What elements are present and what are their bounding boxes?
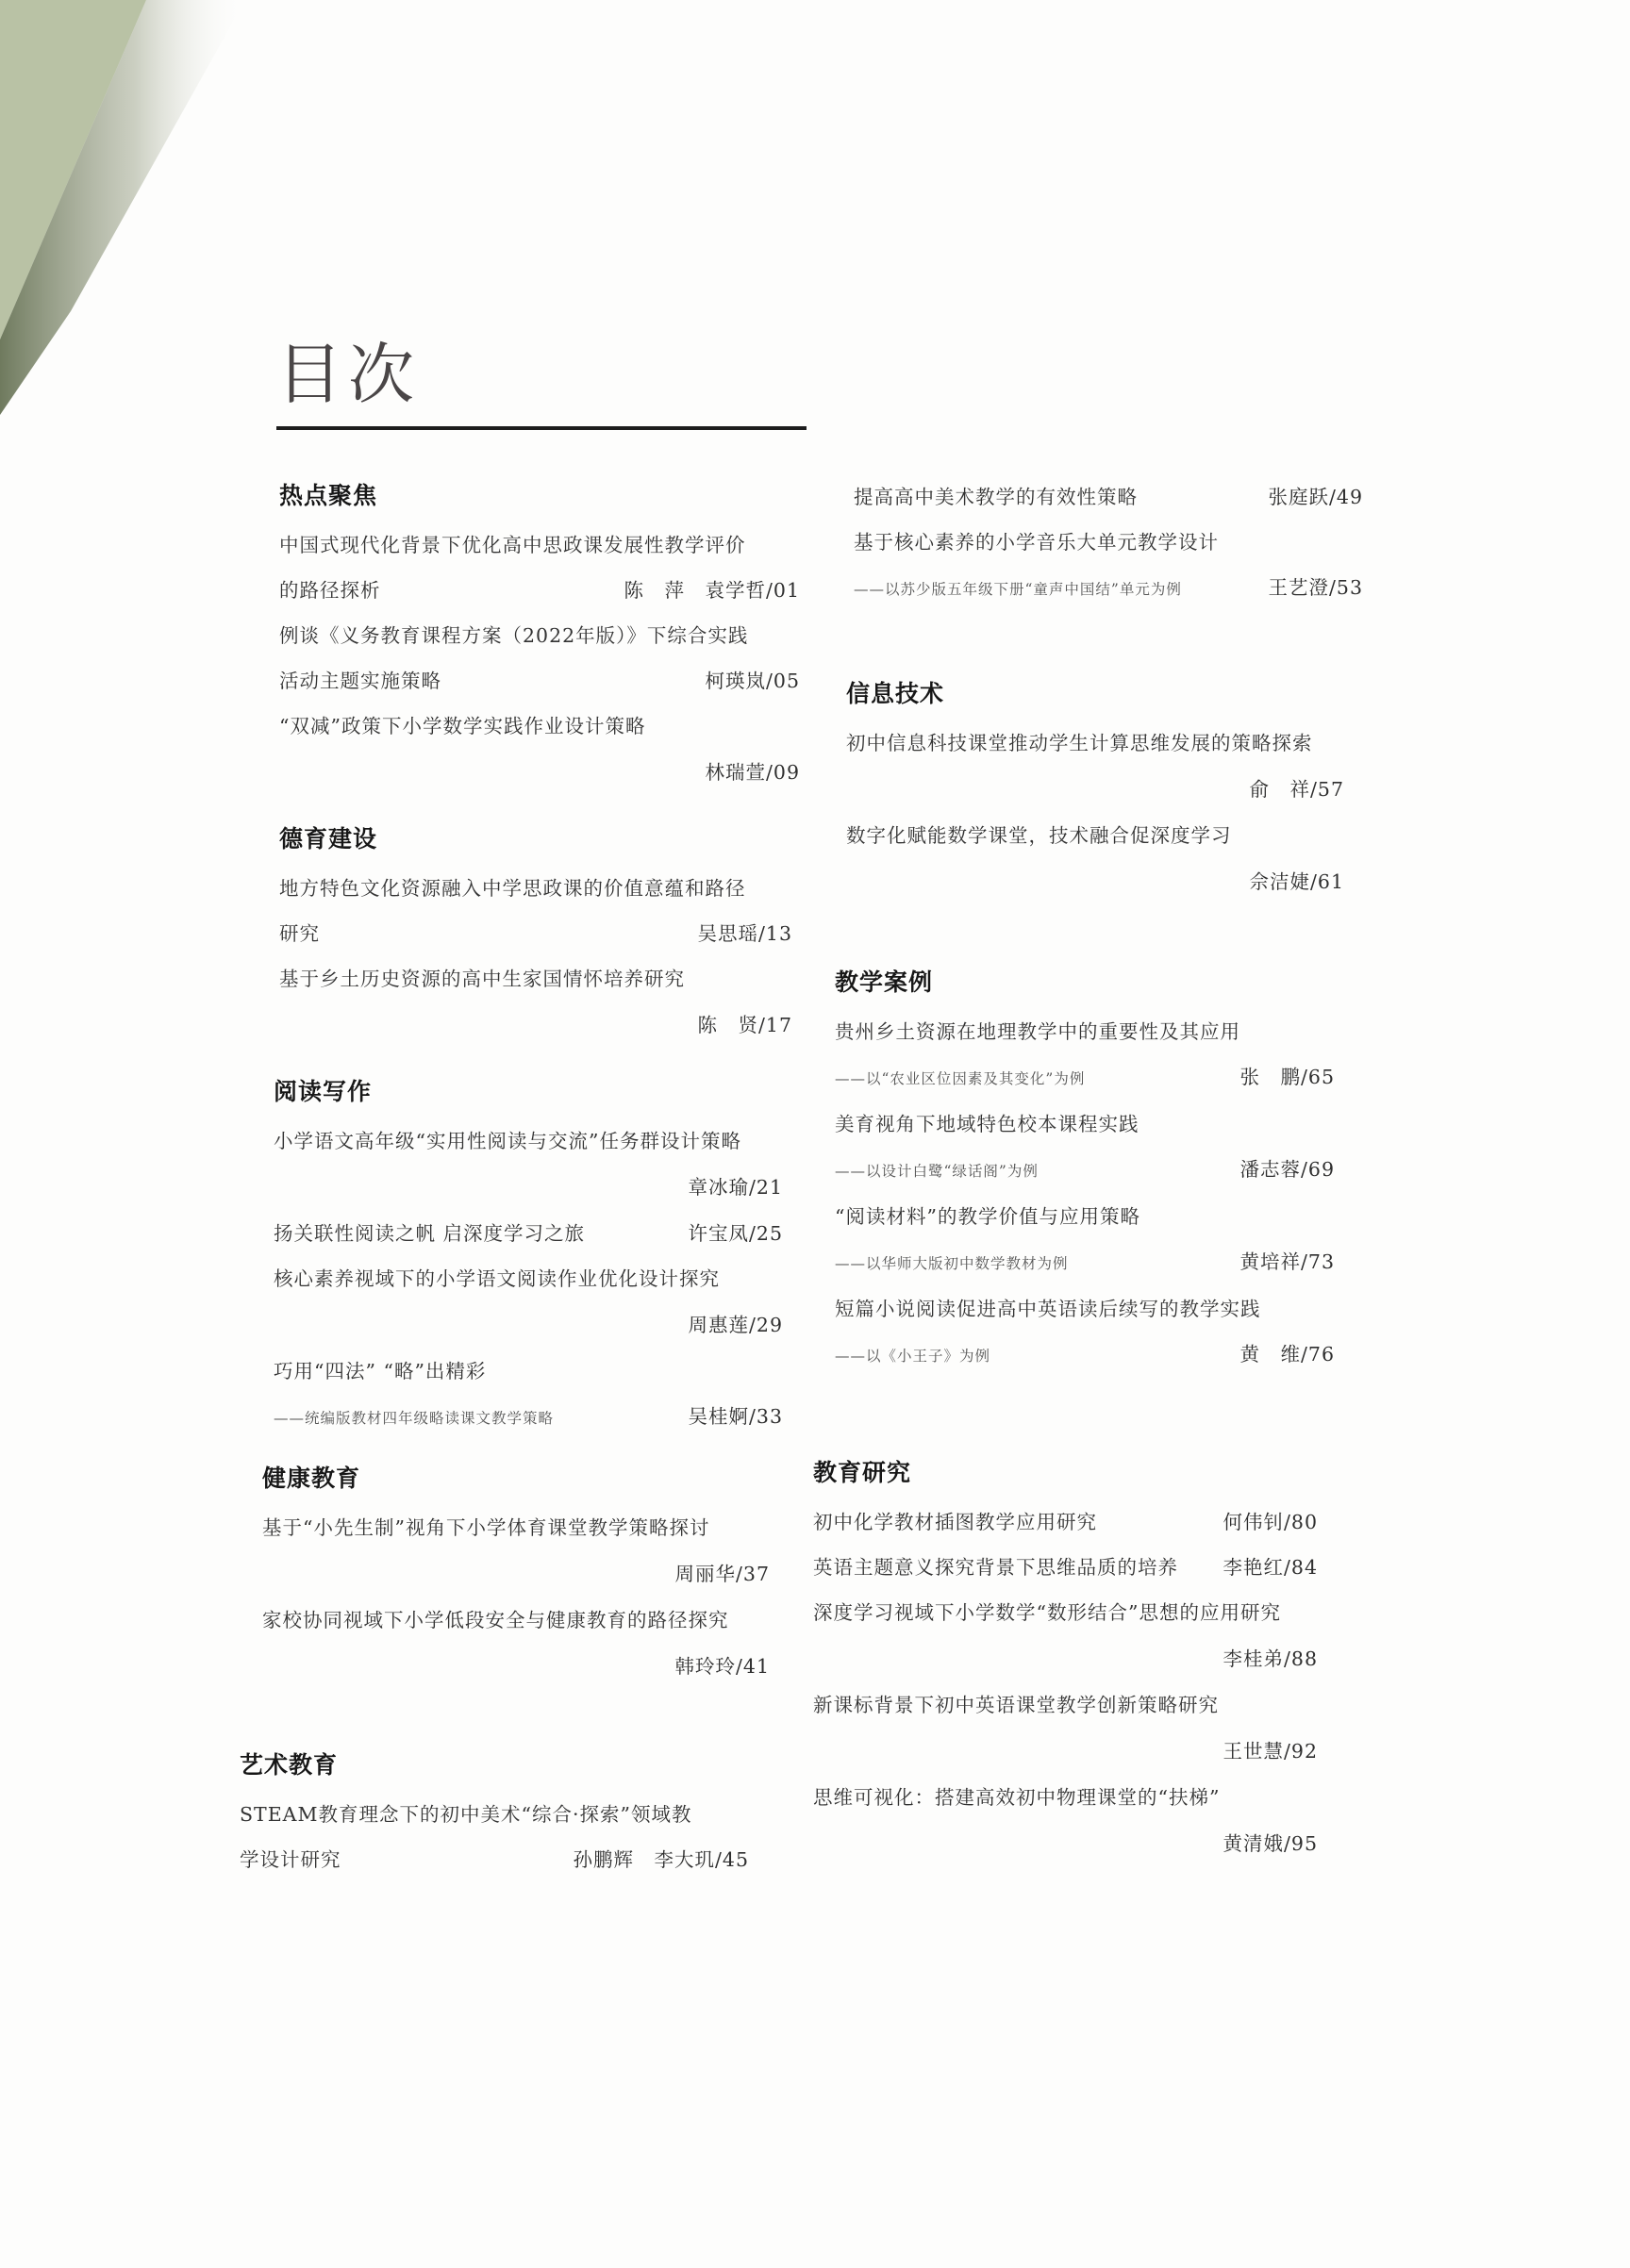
article-title: 学设计研究 [240,1837,341,1882]
entry-subtitle-line: ——以苏少版五年级下册“童声中国结”单元为例王艺澄/53 [854,565,1363,612]
author-page: 李桂弟/88 [813,1635,1318,1682]
article-subtitle: ——以苏少版五年级下册“童声中国结”单元为例 [854,567,1182,612]
entry-title-line: 深度学习视域下小学数学“数形结合”思想的应用研究 [813,1590,1318,1635]
toc-entry[interactable]: 核心素养视域下的小学语文阅读作业优化设计探究周惠莲/29 [274,1256,783,1349]
toc-entry[interactable]: “双减”政策下小学数学实践作业设计策略林瑞萱/09 [279,704,800,796]
entry-title-line: 学设计研究孙鹏辉 李大玑/45 [240,1837,749,1882]
author-page: 林瑞萱/09 [279,749,800,796]
entry-title-line: 提高高中美术教学的有效性策略张庭跃/49 [854,474,1363,520]
toc-entry[interactable]: 家校协同视域下小学低段安全与健康教育的路径探究韩玲玲/41 [262,1598,770,1690]
entry-subtitle-line: ——以《小王子》为例黄 维/76 [835,1332,1335,1379]
entry-title-line: 英语主题意义探究背景下思维品质的培养李艳红/84 [813,1545,1318,1590]
toc-entry[interactable]: 地方特色文化资源融入中学思政课的价值意蕴和路径研究吴思瑶/13 [279,866,792,956]
toc-entry[interactable]: 扬关联性阅读之帆 启深度学习之旅许宝凤/25 [274,1211,783,1256]
author-page: 柯瑛岚/05 [706,658,801,704]
entry-title-line: 活动主题实施策略柯瑛岚/05 [279,658,800,704]
author-page: 黄 维/76 [1240,1332,1336,1377]
article-title: 小学语文高年级“实用性阅读与交流”任务群设计策略 [274,1118,741,1164]
author-page: 张庭跃/49 [1269,474,1364,520]
author-page: 孙鹏辉 李大玑/45 [574,1837,750,1882]
article-title: 基于“小先生制”视角下小学体育课堂教学策略探讨 [262,1505,709,1550]
article-title: 基于核心素养的小学音乐大单元教学设计 [854,520,1219,565]
author-page: 吴桂婀/33 [689,1394,784,1439]
entry-title-line: “阅读材料”的教学价值与应用策略 [835,1194,1335,1239]
entry-title-line: 研究吴思瑶/13 [279,911,792,956]
entry-title-line: 数字化赋能数学课堂，技术融合促深度学习 [846,813,1344,858]
toc-entry[interactable]: 新课标背景下初中英语课堂教学创新策略研究王世慧/92 [813,1682,1318,1775]
article-title: 扬关联性阅读之帆 启深度学习之旅 [274,1211,585,1256]
author-page: 潘志蓉/69 [1240,1147,1336,1192]
article-subtitle: ——以设计白鹭“绿话阁”为例 [835,1149,1039,1194]
entry-subtitle-line: ——以华师大版初中数学教材为例黄培祥/73 [835,1239,1335,1286]
section-heading: 艺术教育 [240,1747,749,1780]
entry-subtitle-line: ——以设计白鹭“绿话阁”为例潘志蓉/69 [835,1147,1335,1194]
toc-entry[interactable]: 短篇小说阅读促进高中英语读后续写的教学实践——以《小王子》为例黄 维/76 [835,1286,1335,1379]
article-title: 中国式现代化背景下优化高中思政课发展性教学评价 [279,522,746,568]
article-title: 提高高中美术教学的有效性策略 [854,474,1138,520]
author-page: 黄培祥/73 [1240,1239,1336,1284]
entry-subtitle-line: ——统编版教材四年级略读课文教学策略吴桂婀/33 [274,1394,783,1441]
toc-entry[interactable]: 思维可视化：搭建高效初中物理课堂的“扶梯”黄清娥/95 [813,1775,1318,1867]
author-page: 佘洁婕/61 [846,858,1344,905]
toc-entry[interactable]: 提高高中美术教学的有效性策略张庭跃/49 [854,474,1363,520]
entry-title-line: 贵州乡土资源在地理教学中的重要性及其应用 [835,1009,1335,1054]
article-title: 基于乡土历史资源的高中生家国情怀培养研究 [279,956,685,1002]
article-title: 英语主题意义探究背景下思维品质的培养 [813,1545,1178,1590]
article-title: STEAM教育理念下的初中美术“综合·探索”领域教 [240,1792,691,1837]
article-title: 短篇小说阅读促进高中英语读后续写的教学实践 [835,1286,1261,1332]
article-title: 数字化赋能数学课堂，技术融合促深度学习 [846,813,1232,858]
page-title: 目次 [276,341,420,407]
toc-entry[interactable]: 初中化学教材插图教学应用研究何伟钊/80 [813,1499,1318,1545]
toc-entry[interactable]: 基于核心素养的小学音乐大单元教学设计——以苏少版五年级下册“童声中国结”单元为例… [854,520,1363,612]
toc-entry[interactable]: 贵州乡土资源在地理教学中的重要性及其应用——以“农业区位因素及其变化”为例张 鹏… [835,1009,1335,1101]
entry-title-line: 家校协同视域下小学低段安全与健康教育的路径探究 [262,1598,770,1643]
toc-section: 阅读写作小学语文高年级“实用性阅读与交流”任务群设计策略章冰瑜/21扬关联性阅读… [274,1073,783,1441]
toc-section: 信息技术初中信息科技课堂推动学生计算思维发展的策略探索俞 祥/57数字化赋能数学… [846,675,1344,905]
article-title: 研究 [279,911,320,956]
author-page: 王世慧/92 [813,1728,1318,1775]
toc-section: 热点聚焦中国式现代化背景下优化高中思政课发展性教学评价的路径探析陈 萍 袁学哲/… [279,477,800,796]
article-title: 美育视角下地域特色校本课程实践 [835,1101,1139,1147]
author-page: 王艺澄/53 [1269,565,1364,610]
entry-title-line: 例谈《义务教育课程方案（2022年版）》下综合实践 [279,613,800,658]
toc-entry[interactable]: 基于“小先生制”视角下小学体育课堂教学策略探讨周丽华/37 [262,1505,770,1598]
toc-entry[interactable]: 数字化赋能数学课堂，技术融合促深度学习佘洁婕/61 [846,813,1344,905]
toc-section: 教学案例贵州乡土资源在地理教学中的重要性及其应用——以“农业区位因素及其变化”为… [835,964,1335,1379]
entry-title-line: 初中化学教材插图教学应用研究何伟钊/80 [813,1499,1318,1545]
author-page: 吴思瑶/13 [698,911,793,956]
entry-title-line: 扬关联性阅读之帆 启深度学习之旅许宝凤/25 [274,1211,783,1256]
entry-title-line: STEAM教育理念下的初中美术“综合·探索”领域教 [240,1792,749,1837]
section-heading: 阅读写作 [274,1073,783,1107]
article-title: 例谈《义务教育课程方案（2022年版）》下综合实践 [279,613,748,658]
toc-entry[interactable]: 小学语文高年级“实用性阅读与交流”任务群设计策略章冰瑜/21 [274,1118,783,1211]
entry-title-line: 新课标背景下初中英语课堂教学创新策略研究 [813,1682,1318,1728]
article-title: 思维可视化：搭建高效初中物理课堂的“扶梯” [813,1775,1220,1820]
entry-title-line: 初中信息科技课堂推动学生计算思维发展的策略探索 [846,720,1344,766]
entry-title-line: 思维可视化：搭建高效初中物理课堂的“扶梯” [813,1775,1318,1820]
entry-title-line: 核心素养视域下的小学语文阅读作业优化设计探究 [274,1256,783,1301]
toc-entry[interactable]: 深度学习视域下小学数学“数形结合”思想的应用研究李桂弟/88 [813,1590,1318,1682]
author-page: 黄清娥/95 [813,1820,1318,1867]
author-page: 章冰瑜/21 [274,1164,783,1211]
article-title: 初中化学教材插图教学应用研究 [813,1499,1097,1545]
section-heading: 信息技术 [846,675,1344,709]
author-page: 周惠莲/29 [274,1301,783,1349]
book-spine-shadow [0,0,1630,2268]
author-page: 俞 祥/57 [846,766,1344,813]
entry-title-line: 中国式现代化背景下优化高中思政课发展性教学评价 [279,522,800,568]
toc-entry[interactable]: “阅读材料”的教学价值与应用策略——以华师大版初中数学教材为例黄培祥/73 [835,1194,1335,1286]
article-subtitle: ——以“农业区位因素及其变化”为例 [835,1056,1085,1101]
author-page: 韩玲玲/41 [262,1643,770,1690]
article-title: 地方特色文化资源融入中学思政课的价值意蕴和路径 [279,866,746,911]
entry-title-line: 小学语文高年级“实用性阅读与交流”任务群设计策略 [274,1118,783,1164]
entry-title-line: 基于核心素养的小学音乐大单元教学设计 [854,520,1363,565]
toc-section: 艺术教育STEAM教育理念下的初中美术“综合·探索”领域教学设计研究孙鹏辉 李大… [240,1747,749,1882]
article-title: 贵州乡土资源在地理教学中的重要性及其应用 [835,1009,1240,1054]
article-title: 初中信息科技课堂推动学生计算思维发展的策略探索 [846,720,1313,766]
author-page: 张 鹏/65 [1240,1054,1336,1100]
toc-entry[interactable]: 美育视角下地域特色校本课程实践——以设计白鹭“绿话阁”为例潘志蓉/69 [835,1101,1335,1194]
article-title: 巧用“四法” “略”出精彩 [274,1349,486,1394]
article-subtitle: ——以华师大版初中数学教材为例 [835,1241,1069,1286]
toc-section: 德育建设地方特色文化资源融入中学思政课的价值意蕴和路径研究吴思瑶/13基于乡土历… [279,820,792,1049]
entry-title-line: 的路径探析陈 萍 袁学哲/01 [279,568,800,613]
author-page: 陈 贤/17 [279,1002,792,1049]
entry-title-line: 巧用“四法” “略”出精彩 [274,1349,783,1394]
article-title: 家校协同视域下小学低段安全与健康教育的路径探究 [262,1598,729,1643]
entry-title-line: 基于乡土历史资源的高中生家国情怀培养研究 [279,956,792,1002]
article-title: 深度学习视域下小学数学“数形结合”思想的应用研究 [813,1590,1281,1635]
toc-entry[interactable]: 基于乡土历史资源的高中生家国情怀培养研究陈 贤/17 [279,956,792,1049]
entry-subtitle-line: ——以“农业区位因素及其变化”为例张 鹏/65 [835,1054,1335,1101]
author-page: 李艳红/84 [1223,1545,1319,1590]
article-subtitle: ——以《小王子》为例 [835,1333,990,1379]
entry-title-line: “双减”政策下小学数学实践作业设计策略 [279,704,800,749]
toc-entry[interactable]: 中国式现代化背景下优化高中思政课发展性教学评价的路径探析陈 萍 袁学哲/01 [279,522,800,613]
article-title: 新课标背景下初中英语课堂教学创新策略研究 [813,1682,1219,1728]
article-title: 核心素养视域下的小学语文阅读作业优化设计探究 [274,1256,720,1301]
author-page: 何伟钊/80 [1223,1499,1319,1545]
author-page: 许宝凤/25 [689,1211,784,1256]
toc-section: 健康教育基于“小先生制”视角下小学体育课堂教学策略探讨周丽华/37家校协同视域下… [262,1460,770,1690]
entry-title-line: 美育视角下地域特色校本课程实践 [835,1101,1335,1147]
toc-section: 教育研究初中化学教材插图教学应用研究何伟钊/80英语主题意义探究背景下思维品质的… [813,1454,1318,1867]
toc-entry[interactable]: 例谈《义务教育课程方案（2022年版）》下综合实践活动主题实施策略柯瑛岚/05 [279,613,800,704]
toc-entry[interactable]: 初中信息科技课堂推动学生计算思维发展的策略探索俞 祥/57 [846,720,1344,813]
toc-entry[interactable]: 巧用“四法” “略”出精彩——统编版教材四年级略读课文教学策略吴桂婀/33 [274,1349,783,1441]
toc-entry[interactable]: 英语主题意义探究背景下思维品质的培养李艳红/84 [813,1545,1318,1590]
section-heading: 德育建设 [279,820,792,854]
article-title: 的路径探析 [279,568,381,613]
section-heading: 热点聚焦 [279,477,800,511]
article-title: 活动主题实施策略 [279,658,441,704]
toc-section: 提高高中美术教学的有效性策略张庭跃/49基于核心素养的小学音乐大单元教学设计——… [854,474,1363,612]
section-heading: 教学案例 [835,964,1335,998]
author-page: 陈 萍 袁学哲/01 [624,568,801,613]
section-heading: 教育研究 [813,1454,1318,1488]
article-subtitle: ——统编版教材四年级略读课文教学策略 [274,1396,554,1441]
article-title: “双减”政策下小学数学实践作业设计策略 [279,704,645,749]
entry-title-line: 基于“小先生制”视角下小学体育课堂教学策略探讨 [262,1505,770,1550]
article-title: “阅读材料”的教学价值与应用策略 [835,1194,1140,1239]
author-page: 周丽华/37 [262,1550,770,1598]
title-divider [276,426,807,430]
toc-entry[interactable]: STEAM教育理念下的初中美术“综合·探索”领域教学设计研究孙鹏辉 李大玑/45 [240,1792,749,1882]
section-heading: 健康教育 [262,1460,770,1494]
entry-title-line: 地方特色文化资源融入中学思政课的价值意蕴和路径 [279,866,792,911]
entry-title-line: 短篇小说阅读促进高中英语读后续写的教学实践 [835,1286,1335,1332]
